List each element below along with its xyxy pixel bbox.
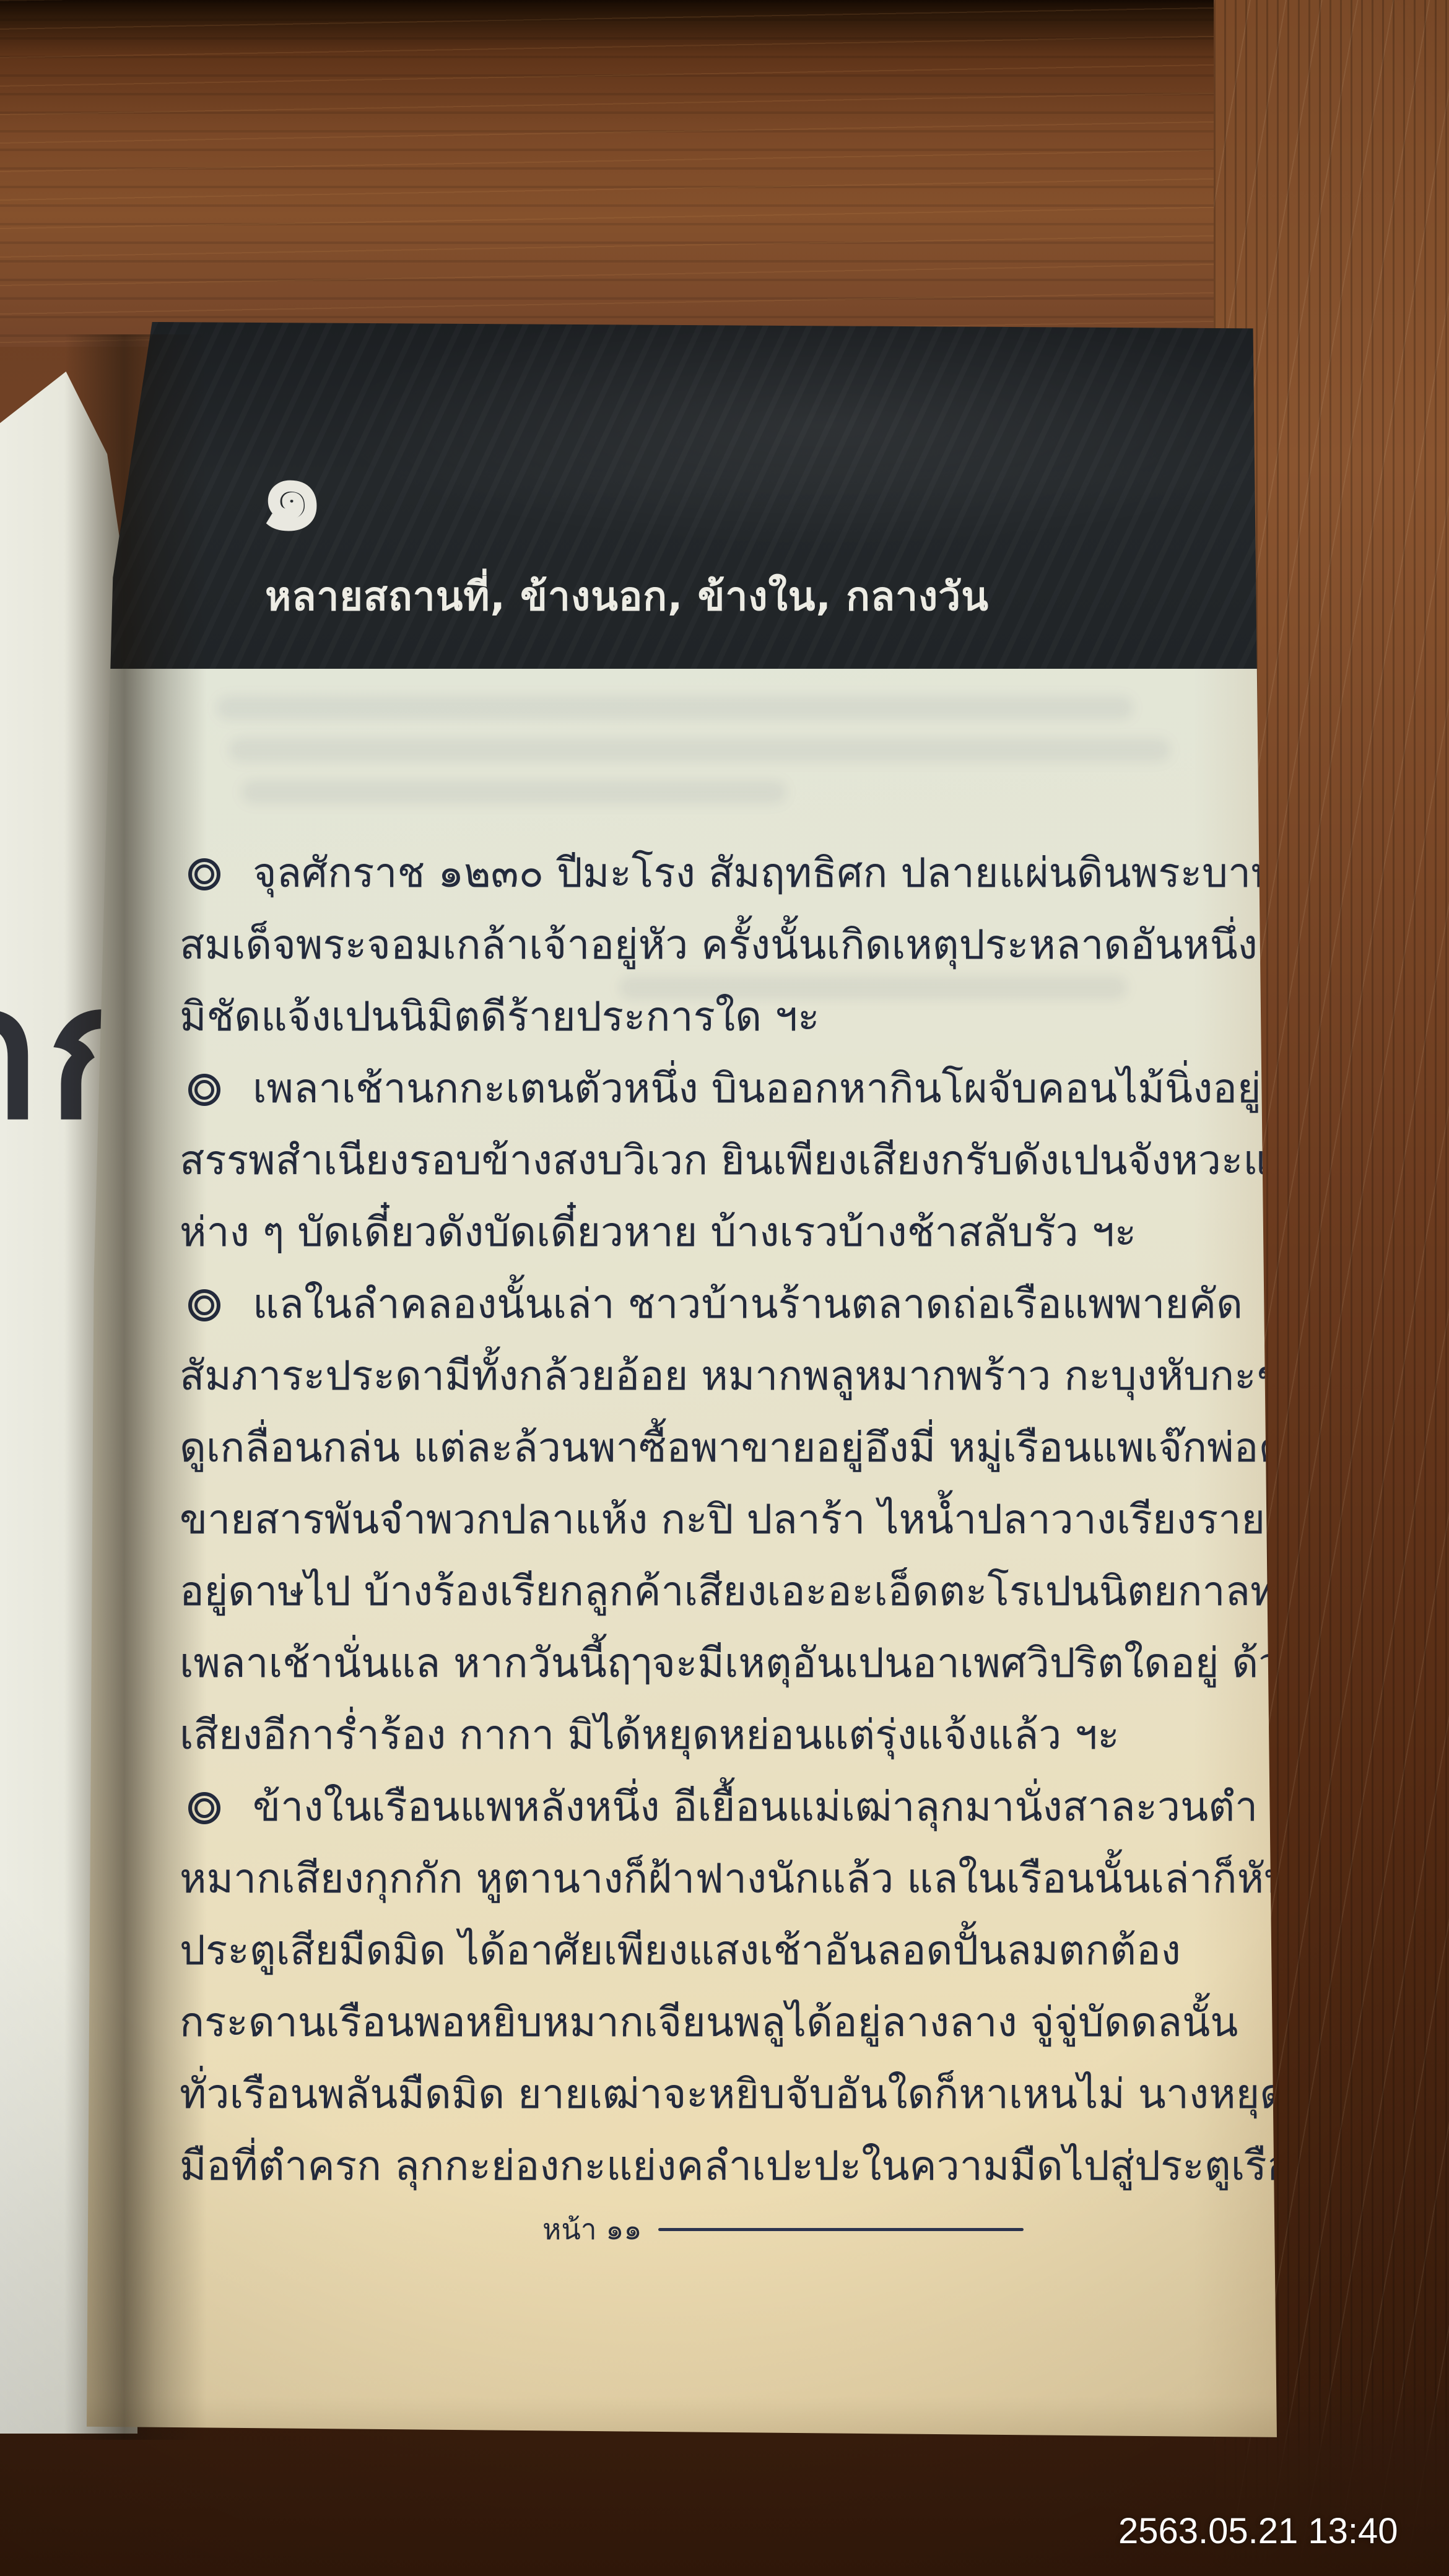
text-line: ๏จุลศักราช ๑๒๓๐ ปีมะโรง สัมฤทธิศก ปลายแผ… (87, 837, 1261, 909)
text-line: หมากเสียงกุกกัก หูตานางก็ฝ้าฟางนักแล้ว แ… (87, 1843, 1261, 1915)
chapter-title: หลายสถานที่, ข้างนอก, ข้างใน, กลางวัน (265, 565, 989, 628)
text-line: ขายสารพันจำพวกปลาแห้ง กะปิ ปลาร้า ไหน้ำป… (87, 1484, 1261, 1556)
chapter-header-band: ๑ หลายสถานที่, ข้างนอก, ข้างใน, กลางวัน (87, 322, 1277, 669)
text-line: สมเด็จพระจอมเกล้าเจ้าอยู่หัว ครั้งนั้นเก… (87, 909, 1261, 981)
text: เพลาเช้านกกะเตนตัวหนึ่ง บินออกหากินโผจับ… (253, 1064, 1261, 1112)
text-line: มือที่ตำครก ลุกกะย่องกะแย่งคลำเปะปะในควา… (87, 2130, 1261, 2202)
text: แลในลำคลองนั้นเล่า ชาวบ้านร้านตลาดถ่อเรื… (253, 1280, 1243, 1328)
text: จุลศักราช ๑๒๓๐ ปีมะโรง สัมฤทธิศก ปลายแผ่… (253, 849, 1278, 897)
text-line: ห่าง ๆ บัดเดี๋ยวดังบัดเดี๋ยวหาย บ้างเรวบ… (87, 1196, 1261, 1268)
showthrough-smudge (241, 780, 786, 804)
text: ข้างในเรือนแพหลังหนึ่ง อีเยื้อนแม่เฒ่าลุ… (253, 1783, 1258, 1830)
book-page: ๑ หลายสถานที่, ข้างนอก, ข้างใน, กลางวัน … (87, 322, 1277, 2452)
text-line: มิชัดแจ้งเปนนิมิตดีร้ายประการใด ฯะ (87, 981, 1261, 1053)
text-line: กระดานเรือนพอหยิบหมากเจียนพลูได้อยู่ลางล… (87, 1986, 1261, 2058)
body-text: ๏จุลศักราช ๑๒๓๐ ปีมะโรง สัมฤทธิศก ปลายแผ… (87, 837, 1261, 2202)
page-footer: หน้า ๑๑ (542, 2207, 1024, 2252)
text-line: อยู่ดาษไป บ้างร้องเรียกลูกค้าเสียงเอะอะเ… (87, 1556, 1261, 1627)
photo-of-book-on-table: กก ๑ หลายสถานที่, ข้างนอก, ข้างใน, กลางว… (0, 0, 1449, 2576)
text-line: ประตูเสียมืดมิด ได้อาศัยเพียงแสงเช้าอันล… (87, 1915, 1261, 1986)
text-line: สรรพสำเนียงรอบข้างสงบวิเวก ยินเพียงเสียง… (87, 1125, 1261, 1196)
text-line: ๏เพลาเช้านกกะเตนตัวหนึ่ง บินออกหากินโผจั… (87, 1053, 1261, 1125)
text-line: เสียงอีการ่ำร้อง กากา มิได้หยุดหย่อนแต่ร… (87, 1699, 1261, 1771)
text-line: ๏แลในลำคลองนั้นเล่า ชาวบ้านร้านตลาดถ่อเร… (87, 1268, 1261, 1340)
fongman-icon: ๏ (188, 1792, 220, 1824)
fongman-icon: ๏ (188, 1289, 220, 1321)
text-line: ๏ข้างในเรือนแพหลังหนึ่ง อีเยื้อนแม่เฒ่าล… (87, 1771, 1261, 1843)
text-line: สัมภาระประดามีทั้งกล้วยอ้อย หมากพลูหมากพ… (87, 1340, 1261, 1412)
showthrough-smudge (217, 696, 1133, 720)
fongman-icon: ๏ (188, 858, 220, 890)
showthrough-smudge (229, 738, 1170, 762)
page-number-label: หน้า ๑๑ (542, 2207, 642, 2252)
text-line: ทั่วเรือนพลันมืดมิด ยายเฒ่าจะหยิบจับอันใ… (87, 2058, 1261, 2130)
text-line: ดูเกลื่อนกล่น แต่ละล้วนพาซื้อพาขายอยู่อึ… (87, 1412, 1261, 1484)
footer-rule (658, 2228, 1024, 2231)
text-line: เพลาเช้านั่นแล หากวันนี้ฤๅจะมีเหตุอันเปน… (87, 1627, 1261, 1699)
chapter-number: ๑ (259, 441, 325, 545)
fongman-icon: ๏ (188, 1074, 220, 1106)
camera-timestamp: 2563.05.21 13:40 (1118, 2510, 1398, 2552)
